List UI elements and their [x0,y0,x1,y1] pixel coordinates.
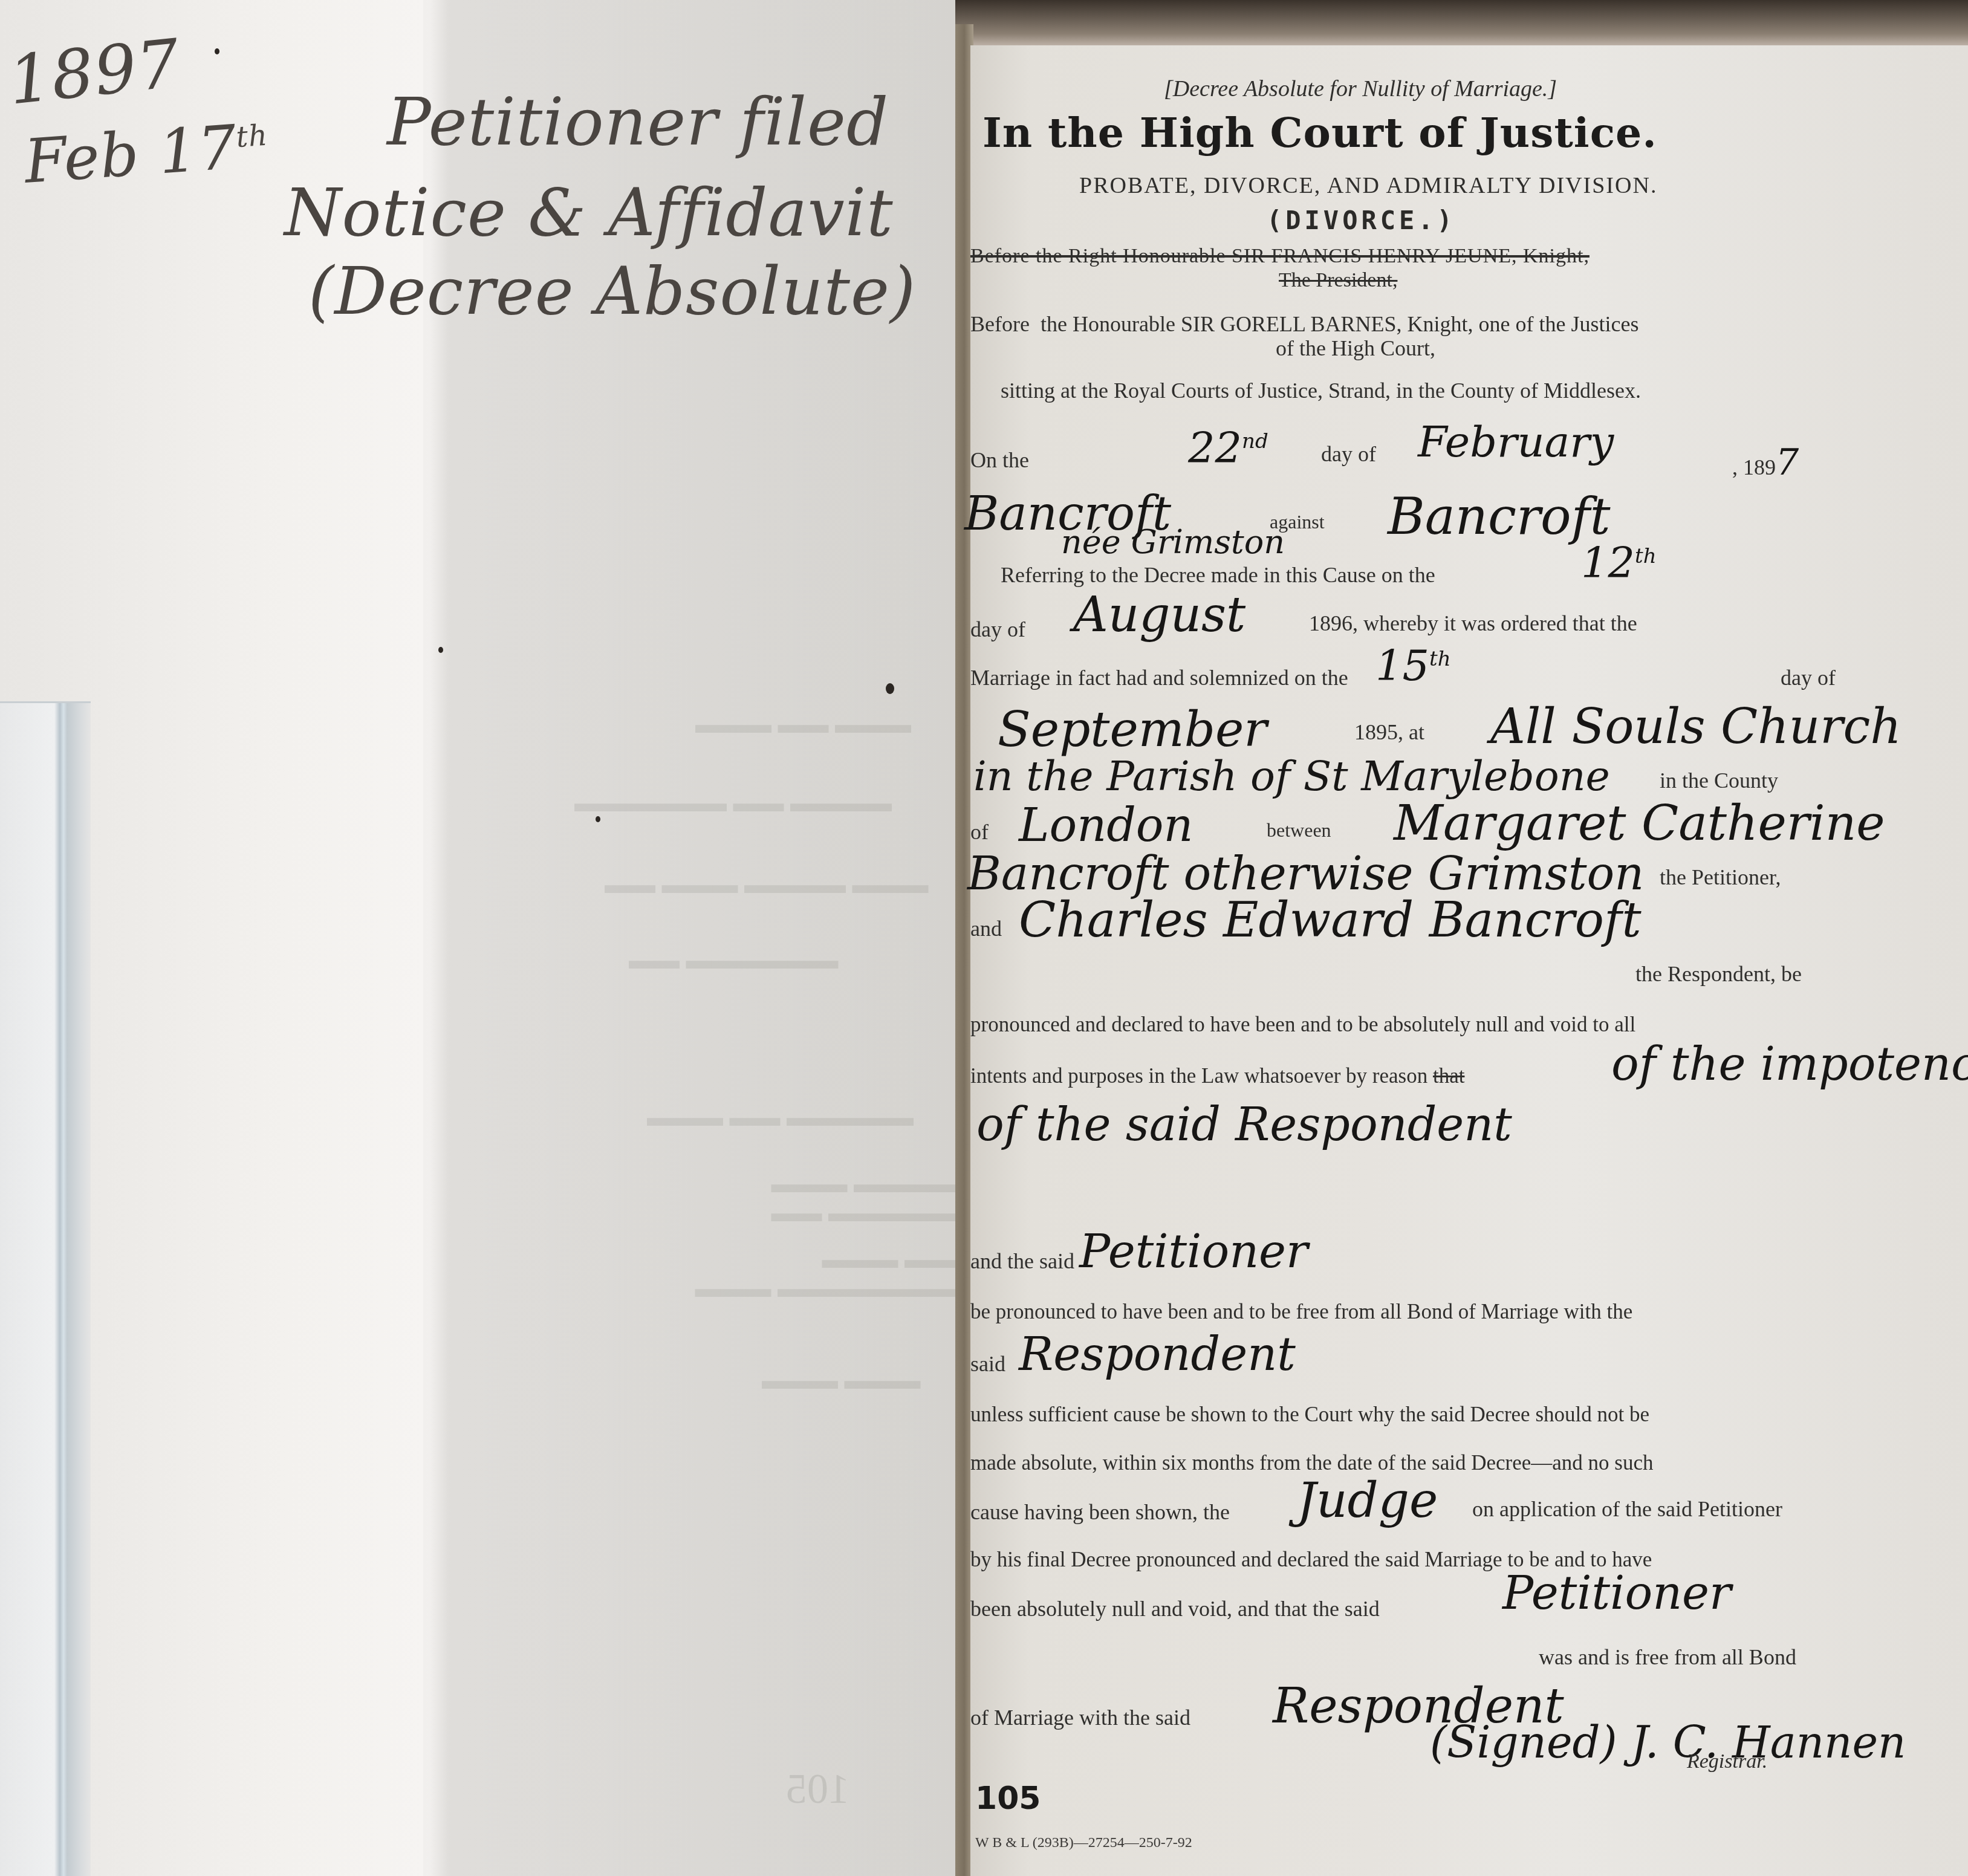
ink-speck [438,647,443,653]
referring-line: Referring to the Decree made in this Cau… [1001,562,1435,588]
filled-day-num: 22 [1188,423,1242,473]
marriage-line: Marriage in fact had and solemnized on t… [970,665,1348,690]
form-title: [Decree Absolute for Nullity of Marriage… [1164,76,1557,102]
glass-plate-edge [0,701,91,1876]
filled-day-suffix: nd [1242,429,1268,453]
intents-line: intents and purposes in the Law whatsoev… [970,1064,1464,1088]
marriage-year-line: 1895, at [1354,719,1424,745]
the-respondent-label: the Respondent, be [1635,961,1802,987]
filled-party-2: Bancroft [1388,487,1611,546]
filled-parish: in the Parish of St Marylebone [973,753,1610,800]
book-backdrop [943,0,1968,48]
annotation-line-1: Petitioner filed [387,85,889,160]
annotation-date-text: Feb 17 [22,112,239,197]
before-text: the Honourable SIR GORELL BARNES, Knight… [1041,312,1639,336]
intents-struck: that [1433,1064,1464,1088]
show-through-text: ▬▬▬▬▬ ▬▬ ▬▬▬ [647,1103,914,1132]
annotation-date-suffix: th [235,118,269,155]
at-label: , at [1398,720,1424,744]
been-absolutely-line: been absolutely null and void, and that … [970,1596,1380,1621]
filled-day: 22nd [1188,423,1268,473]
in-the-county-label: in the County [1660,768,1778,793]
struck-president: The President, [1279,269,1397,292]
filled-month: February [1418,417,1614,467]
marriage-day-suffix: th [1429,647,1451,671]
sitting-line: sitting at the Royal Courts of Justice, … [1001,378,1641,403]
be-pronounced-line: be pronounced to have been and to be fre… [970,1300,1632,1324]
was-and-is-line: was and is free from all Bond [1539,1644,1796,1670]
whereby-line: 1896, whereby it was ordered that the [1309,611,1637,636]
filled-party-1-alias: née Grimston [1061,523,1285,561]
filled-judge: Judge [1297,1472,1438,1528]
filled-marriage-day: 15th [1375,641,1451,690]
marriage-day-num: 15 [1375,641,1429,690]
the-petitioner-label: the Petitioner, [1660,865,1781,890]
annotation-line-3: (Decree Absolute) [308,254,916,329]
show-through-page-number: 105 [786,1765,849,1814]
printer-imprint: W B & L (293B)—27254—250-7-92 [975,1835,1192,1851]
on-application-line: on application of the said Petitioner [1472,1496,1782,1522]
filled-decree-month: August [1073,586,1245,643]
marriage-year: 1895 [1354,720,1398,744]
show-through-text: ▬▬▬▬ ▬▬ ▬▬▬▬▬▬ [574,789,892,818]
division-heading: PROBATE, DIVORCE, AND ADMIRALTY DIVISION… [1079,172,1657,199]
show-through-text: ▬▬▬ ▬▬▬▬ ▬▬▬ ▬▬ [605,871,929,900]
cause-having-line: cause having been shown, the [970,1499,1230,1525]
show-through-text: ▬▬▬▬ ▬▬▬ ▬▬▬▬▬ ▬▬ [647,1170,955,1228]
registrar-label: Registrar. [1687,1750,1767,1773]
filled-decree-day: 12th [1581,538,1657,588]
filled-reason-1: of the impotence [1611,1037,1968,1091]
filled-church: All Souls Church [1490,698,1901,755]
struck-before-line: Before the Right Honourable SIR FRANCIS … [970,245,1590,268]
unless-line: unless sufficient cause be shown to the … [970,1403,1649,1427]
filled-final-party: Petitioner [1502,1566,1731,1620]
and-the-said-label: and the said [970,1248,1074,1274]
annotation-line-2: Notice & Affidavit [284,175,894,251]
against-label: against [1270,511,1325,533]
before-line: Before the Honourable SIR GORELL BARNES,… [970,311,1639,337]
filled-party-free: Petitioner [1079,1224,1308,1278]
filled-marriage-month: September [998,701,1267,758]
court-title: In the High Court of Justice. [982,109,1657,157]
annotation-year: 1897 [5,25,184,120]
year-label: , 1897 [1732,441,1799,484]
right-page-form: [Decree Absolute for Nullity of Marriage… [970,45,1968,1876]
said-label: said [970,1351,1005,1377]
and-label: and [970,916,1002,941]
registrar-signature: (Signed) J. C. Hannen [1430,1717,1906,1768]
before-prefix: Before [970,312,1030,336]
filled-petitioner-name-1: Margaret Catherine [1394,795,1885,851]
made-absolute-line: made absolute, within six months from th… [970,1451,1653,1475]
pronounced-line: pronounced and declared to have been and… [970,1013,1635,1037]
decree-day-num: 12 [1581,538,1635,588]
filled-respondent-name: Charles Edward Bancroft [1019,892,1642,948]
annotation-date: Feb 17th [22,109,271,197]
before-line-2: of the High Court, [1276,336,1435,361]
ink-speck [886,683,894,694]
filled-county: London [1019,798,1193,852]
between-label: between [1267,819,1331,842]
show-through-text: ▬▬▬▬▬▬ ▬▬ [629,946,839,975]
ink-speck [596,816,600,822]
filled-reason-2: of the said Respondent [976,1097,1512,1151]
ink-speck [215,48,219,54]
of-label: of [970,819,989,845]
decree-day-suffix: th [1635,544,1657,568]
year-prefix: , 189 [1732,455,1776,479]
day-of-label-3: day of [1781,665,1836,690]
left-page: 1897 Feb 17th Petitioner filed Notice & … [0,0,955,1876]
show-through-text: ▬▬▬ ▬▬ ▬▬▬ [695,710,911,739]
intents-text: intents and purposes in the Law whatsoev… [970,1064,1427,1088]
struck-text: Before the Right Honourable SIR FRANCIS … [970,245,1590,267]
decree-year: 1896 [1309,611,1353,635]
whereby-text: , whereby it was ordered that the [1353,611,1637,635]
show-through-text: ▬▬▬ ▬▬▬ [762,1366,921,1395]
page-number: 105 [975,1780,1041,1817]
subdivision-heading: (DIVORCE.) [1267,206,1456,235]
day-of-label: day of [1321,441,1376,467]
of-marriage-line: of Marriage with the said [970,1705,1190,1730]
filled-year-digit: 7 [1776,441,1799,484]
day-of-label-2: day of [970,617,1025,642]
filled-party-other: Respondent [1019,1327,1296,1381]
show-through-text: ▬▬ ▬▬▬ ▬▬▬▬▬▬▬ ▬▬▬ [671,1245,955,1303]
on-the-label: On the [970,447,1029,473]
